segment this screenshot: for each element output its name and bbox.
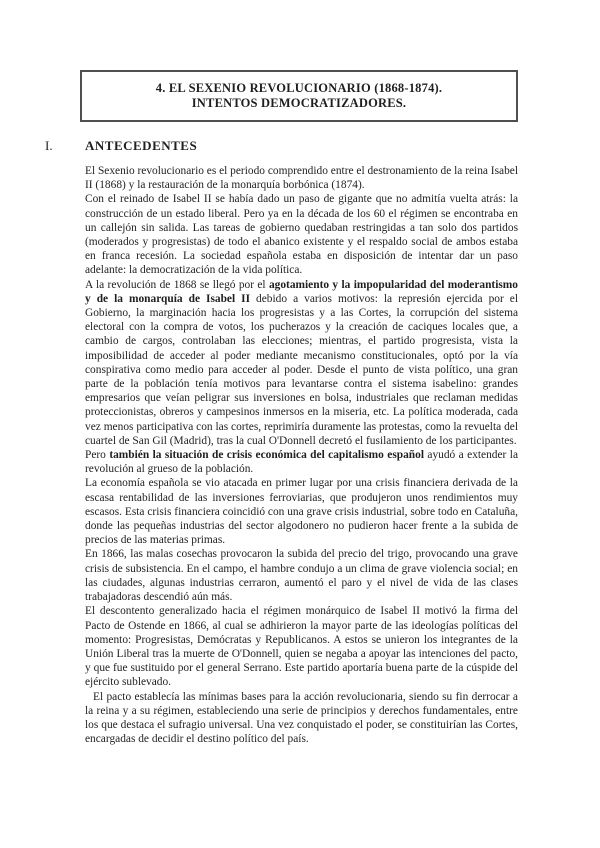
paragraph: El pacto establecía las mínimas bases pa…: [85, 690, 518, 747]
paragraph: El descontento generalizado hacia el rég…: [85, 604, 518, 689]
paragraph: La economía española se vio atacada en p…: [85, 476, 518, 547]
paragraph-run: El Sexenio revolucionario es el periodo …: [85, 165, 518, 191]
paragraph: Con el reinado de Isabel II se había dad…: [85, 192, 518, 277]
paragraph-run: Con el reinado de Isabel II se había dad…: [85, 193, 518, 276]
paragraph: El Sexenio revolucionario es el periodo …: [85, 164, 518, 192]
paragraph-run: En 1866, las malas cosechas provocaron l…: [85, 548, 518, 603]
paragraph-run: A la revolución de 1868 se llegó por el: [85, 279, 269, 291]
document-title-line2: INTENTOS DEMOCRATIZADORES.: [192, 96, 407, 111]
paragraph-run: El descontento generalizado hacia el rég…: [85, 605, 518, 688]
document-title-box: 4. EL SEXENIO REVOLUCIONARIO (1868-1874)…: [80, 70, 518, 122]
paragraph-run: Pero: [85, 449, 109, 461]
paragraph: Pero también la situación de crisis econ…: [85, 448, 518, 476]
paragraph-bold-run: también la situación de crisis económica…: [109, 449, 424, 461]
document-title-line1: 4. EL SEXENIO REVOLUCIONARIO (1868-1874)…: [156, 81, 442, 96]
paragraph-run: La economía española se vio atacada en p…: [85, 477, 518, 546]
section-title: ANTECEDENTES: [85, 138, 197, 154]
section-number: I.: [45, 138, 53, 154]
paragraphs: El Sexenio revolucionario es el periodo …: [85, 164, 518, 746]
paragraph-run: debido a varios motivos: la represión ej…: [85, 293, 518, 447]
document-page: 4. EL SEXENIO REVOLUCIONARIO (1868-1874)…: [0, 0, 600, 848]
paragraph: A la revolución de 1868 se llegó por el …: [85, 278, 518, 448]
paragraph-run: El pacto establecía las mínimas bases pa…: [85, 691, 518, 746]
paragraph: En 1866, las malas cosechas provocaron l…: [85, 547, 518, 604]
